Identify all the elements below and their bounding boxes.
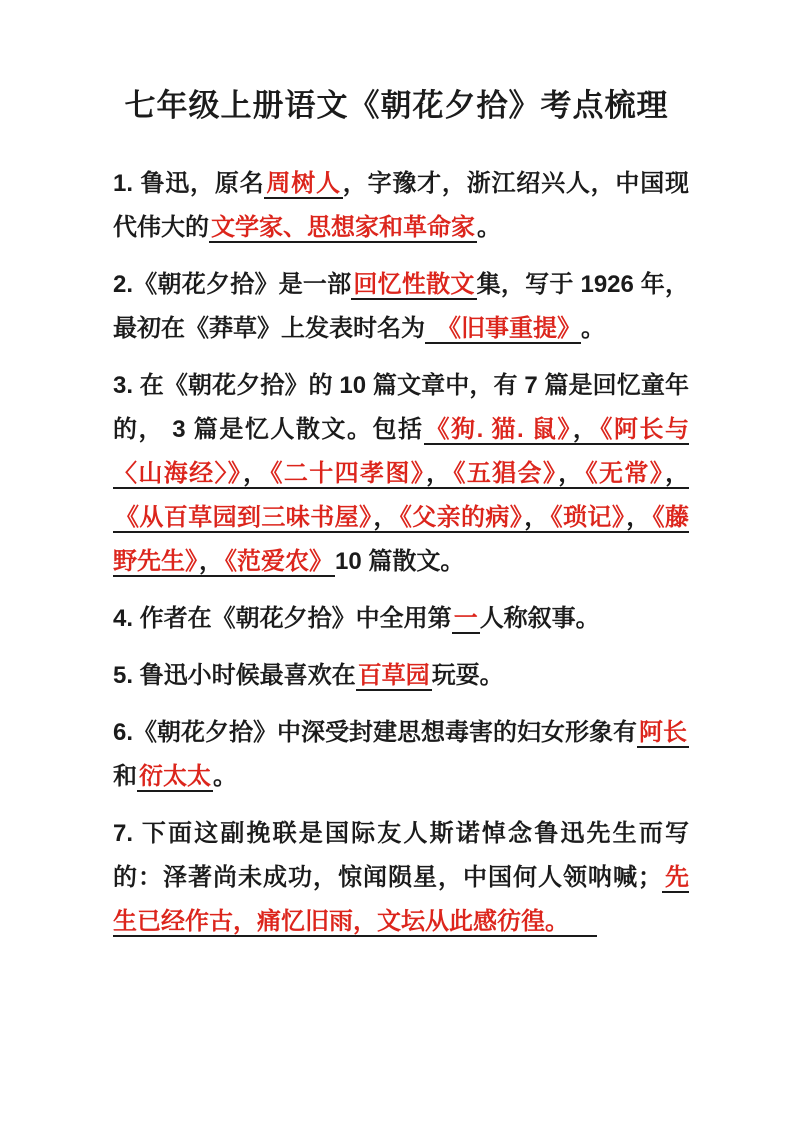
- list-separator: ，: [665, 460, 689, 489]
- list-separator: ，: [243, 460, 268, 489]
- text-run: 5. 鲁迅小时候最喜欢在: [113, 662, 356, 689]
- key-term: 《二十四孝图》: [269, 460, 427, 489]
- document-page: 七年级上册语文《朝花夕拾》考点梳理 1. 鲁迅，原名周树人，字豫才，浙江绍兴人，…: [0, 0, 793, 1122]
- paragraph-2: 2.《朝花夕拾》是一部回忆性散文集，写于 1926 年，最初在《莽草》上发表时名…: [113, 263, 689, 351]
- paragraph-6: 6.《朝花夕拾》中深受封建思想毒害的妇女形象有阿长和衍太太。: [113, 711, 689, 799]
- key-term: 《从百草园到三味书屋》: [113, 504, 373, 533]
- text-run: 玩耍。: [432, 662, 504, 689]
- text-run: 4. 作者在《朝花夕拾》中全用第: [113, 605, 452, 632]
- text-run: 1. 鲁迅，原名: [113, 170, 264, 197]
- key-term: 回忆性散文: [351, 271, 476, 300]
- key-term: 《五猖会》: [451, 460, 558, 489]
- list-separator: ，: [524, 504, 548, 533]
- list-separator: ，: [199, 548, 223, 577]
- key-term: 衍太太: [137, 763, 213, 792]
- page-title: 七年级上册语文《朝花夕拾》考点梳理: [0, 86, 793, 126]
- list-separator: ，: [373, 504, 397, 533]
- key-term: 《父亲的病》: [398, 504, 524, 533]
- text-run: 6.《朝花夕拾》中深受封建思想毒害的妇女形象有: [113, 719, 637, 746]
- text-run: 。: [213, 763, 237, 790]
- list-separator: ，: [558, 460, 583, 489]
- document-body: 1. 鲁迅，原名周树人，字豫才，浙江绍兴人，中国现代伟大的文学家、思想家和革命家…: [113, 162, 689, 944]
- key-term: 百草园: [356, 662, 432, 691]
- paragraph-5: 5. 鲁迅小时候最喜欢在百草园玩耍。: [113, 654, 689, 698]
- paragraph-1: 1. 鲁迅，原名周树人，字豫才，浙江绍兴人，中国现代伟大的文学家、思想家和革命家…: [113, 162, 689, 250]
- text-run: 。: [581, 315, 605, 342]
- key-term: 《范爱农》: [223, 548, 335, 577]
- text-run: 人称叙事。: [480, 605, 600, 632]
- text-run: 2.《朝花夕拾》是一部: [113, 271, 351, 298]
- paragraph-7: 7. 下面这副挽联是国际友人斯诺悼念鲁迅先生而写的：泽著尚未成功，惊闻陨星，中国…: [113, 812, 689, 944]
- key-term: 《无常》: [584, 460, 665, 489]
- list-separator: ，: [573, 416, 599, 445]
- key-term: 阿长: [637, 719, 689, 748]
- key-term: 《旧事重提》: [425, 315, 581, 344]
- text-run: 。: [477, 214, 501, 241]
- text-run: 10 篇散文。: [335, 548, 464, 575]
- paragraph-3: 3. 在《朝花夕拾》的 10 篇文章中，有 7 篇是回忆童年的， 3 篇是忆人散…: [113, 364, 689, 584]
- paragraph-4: 4. 作者在《朝花夕拾》中全用第一人称叙事。: [113, 597, 689, 641]
- list-separator: ，: [626, 504, 650, 533]
- key-term: 《狗. 猫. 鼠》: [424, 416, 573, 445]
- key-term: 文学家、思想家和革命家: [209, 214, 477, 243]
- list-separator: ，: [426, 460, 451, 489]
- key-term: 周树人: [264, 170, 342, 199]
- text-run: 7. 下面这副挽联是国际友人斯诺悼念鲁迅先生而写的：泽著尚未成功，惊闻陨星，中国…: [113, 820, 689, 891]
- key-term: 一: [452, 605, 480, 634]
- key-term: 《琐记》: [549, 504, 627, 533]
- text-run: 和: [113, 763, 137, 790]
